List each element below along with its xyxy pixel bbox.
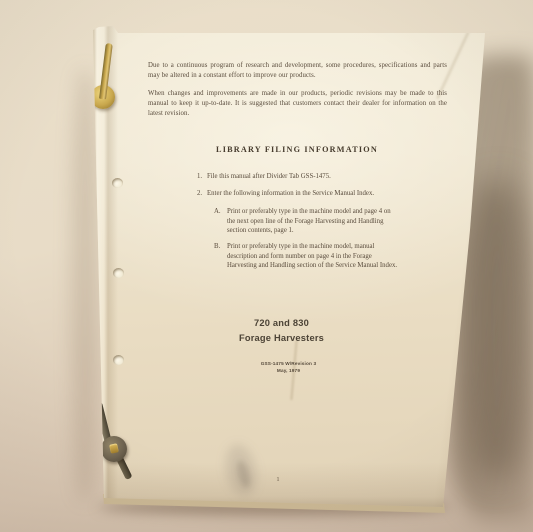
photo-vignette <box>0 0 533 532</box>
photo-of-manual-cover-page: Due to a continuous program of research … <box>0 0 533 532</box>
